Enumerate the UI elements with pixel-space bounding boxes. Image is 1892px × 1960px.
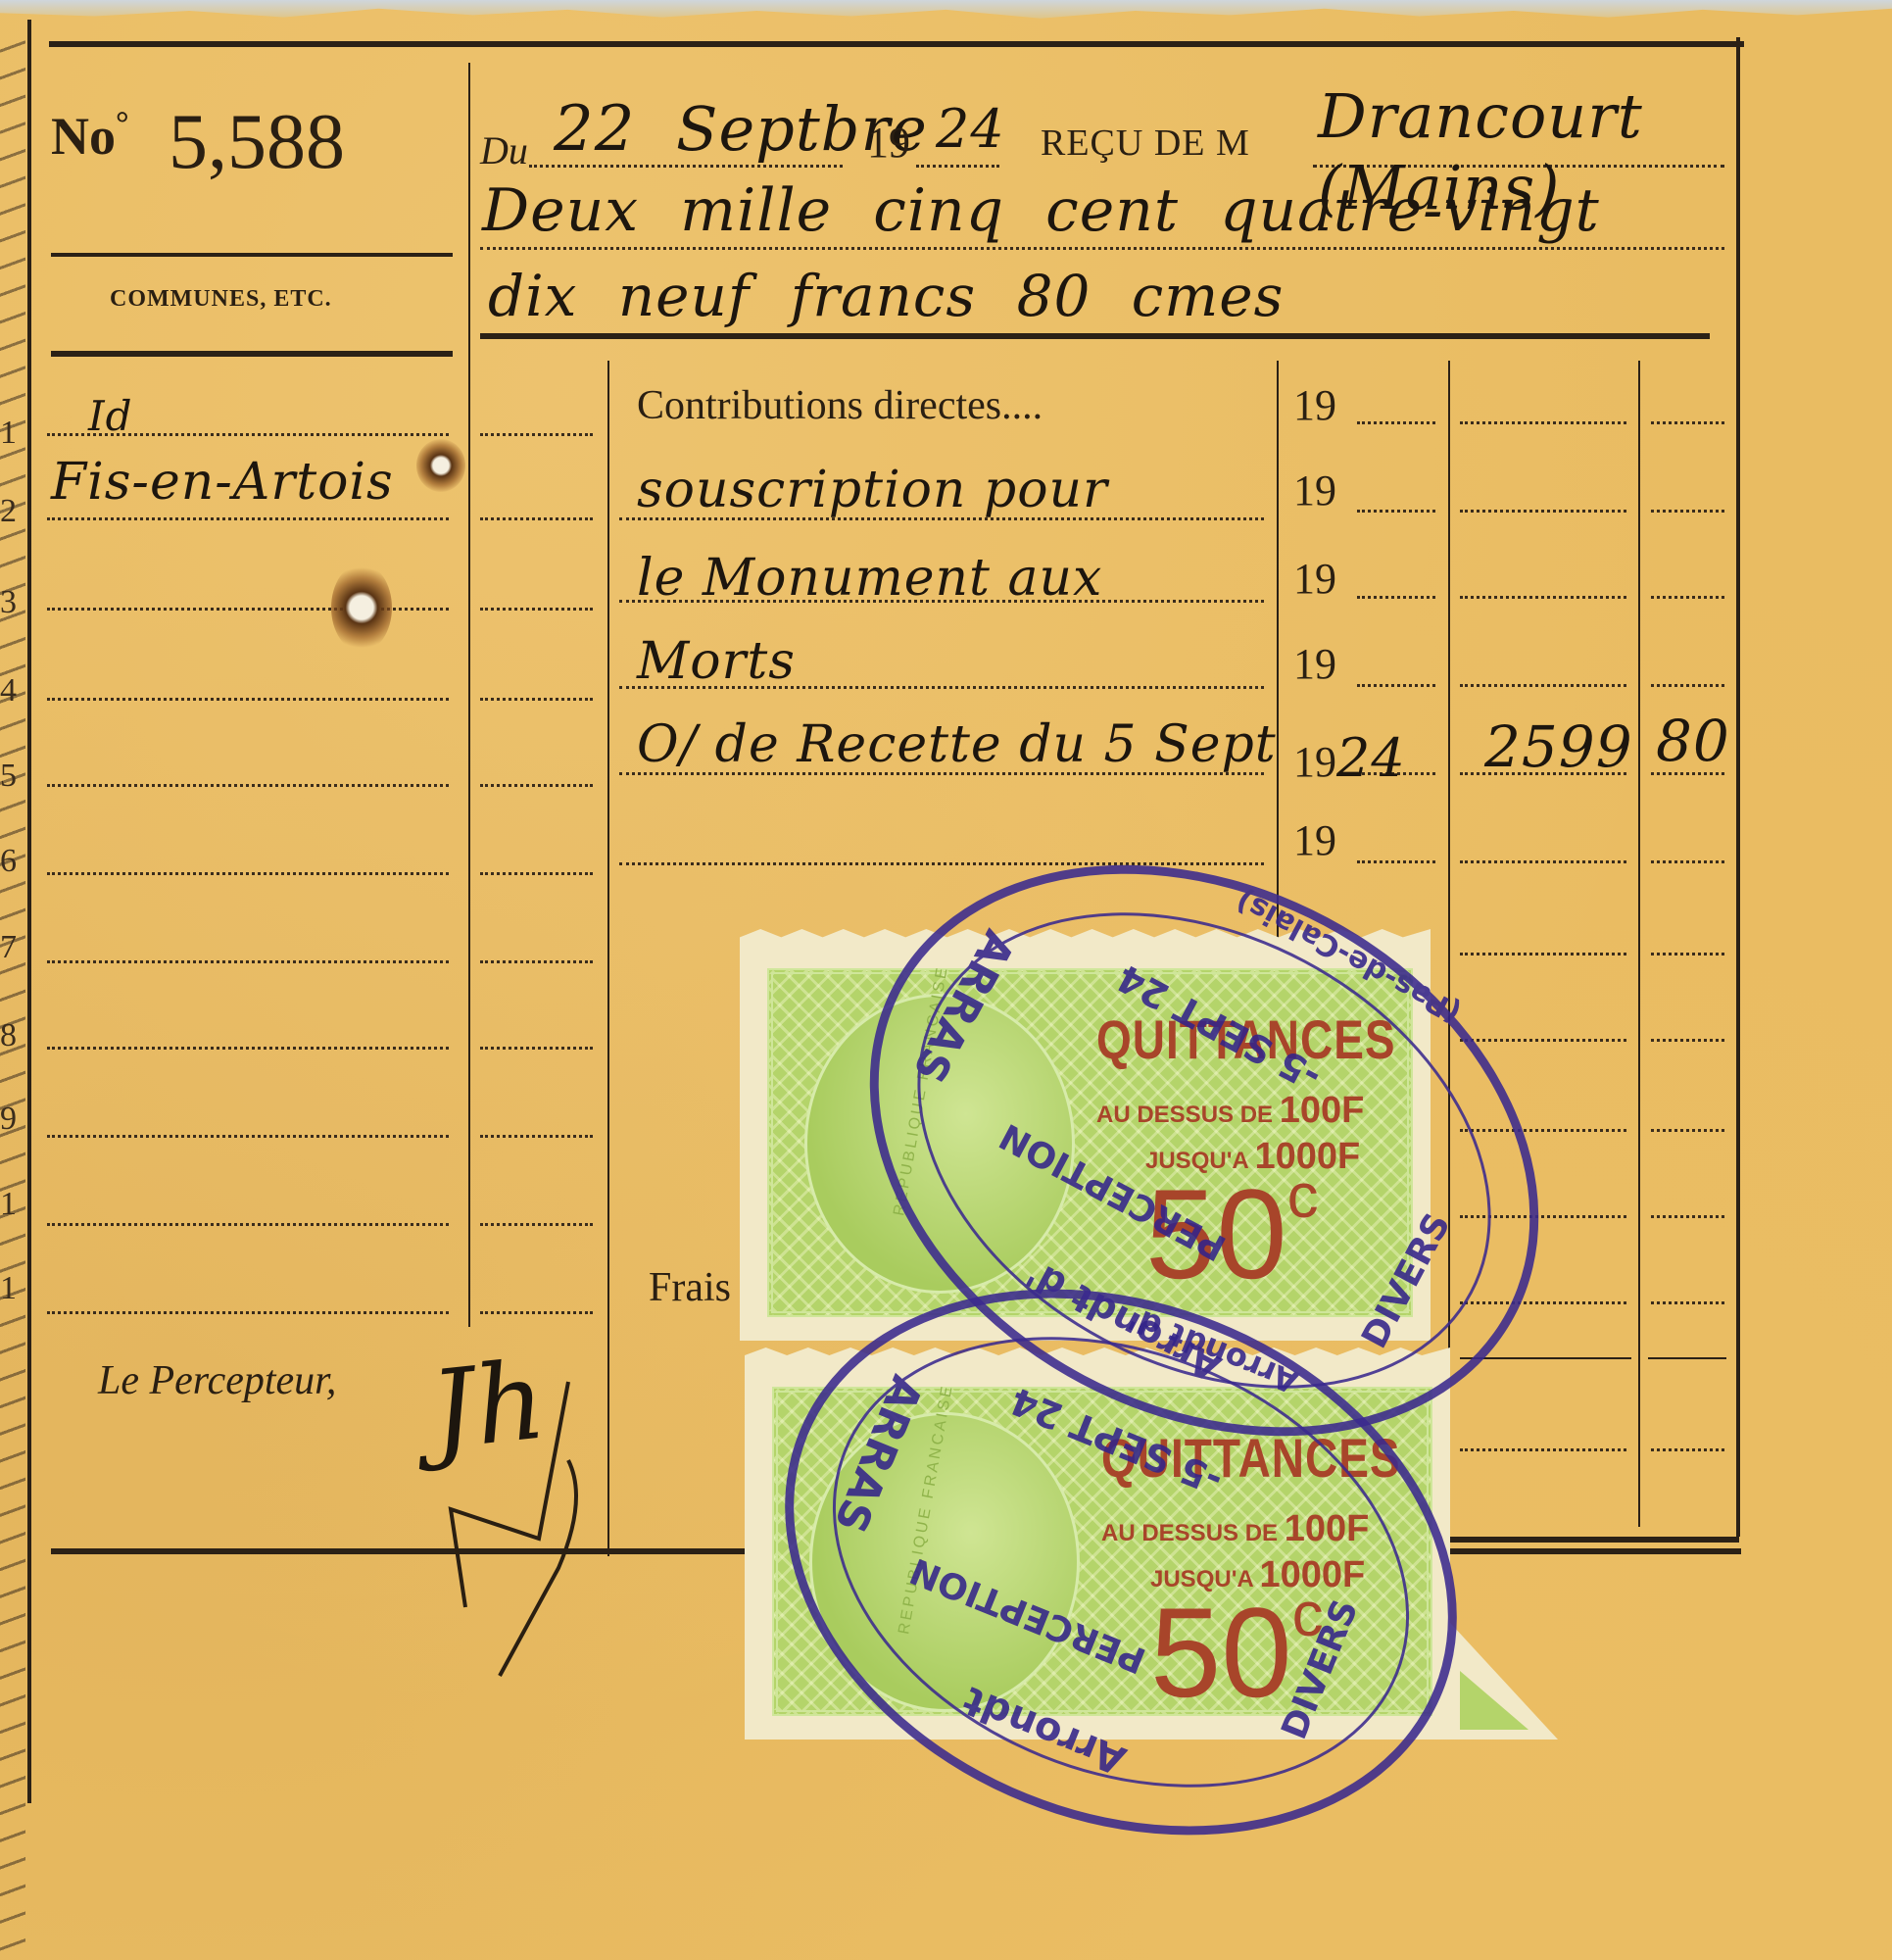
amount-in-words-line-2: dix neuf francs 80 cmes bbox=[488, 263, 1284, 329]
signature-stroke bbox=[421, 1362, 617, 1686]
row-number: 1 bbox=[0, 416, 18, 450]
receipt-number-label: No° bbox=[51, 106, 129, 167]
year-prefix: 19 bbox=[867, 118, 910, 168]
left-border-line bbox=[27, 20, 31, 1803]
paper-stain bbox=[416, 439, 465, 492]
row-number: 3 bbox=[0, 586, 18, 619]
row-dotted-line bbox=[47, 960, 449, 963]
row-dotted-line bbox=[480, 1311, 593, 1314]
row-dotted-line bbox=[480, 608, 593, 611]
line-item-year: 19 bbox=[1293, 554, 1336, 604]
line-item-year: 19 bbox=[1293, 815, 1336, 865]
row-dotted-line bbox=[480, 784, 593, 787]
year-suffix: 24 bbox=[936, 98, 1005, 160]
row-number: 9 bbox=[0, 1102, 18, 1136]
row-dotted-line bbox=[47, 517, 449, 520]
row-dotted-line bbox=[47, 784, 449, 787]
line-item-label: O/ de Recette du 5 Sept bbox=[637, 715, 1277, 774]
row-dotted-line bbox=[480, 517, 593, 520]
line-item-label: souscription pour bbox=[637, 461, 1108, 519]
table-col-divider-4 bbox=[1638, 361, 1640, 1527]
row-number: 5 bbox=[0, 759, 18, 793]
line-item-label: Contributions directes.... bbox=[637, 382, 1043, 429]
right-border-line bbox=[1736, 37, 1740, 1537]
line-item-francs: 2599 bbox=[1484, 713, 1633, 780]
row-dotted-line bbox=[480, 1135, 593, 1138]
row-number: 7 bbox=[0, 931, 18, 964]
date-day: 22 bbox=[554, 93, 635, 166]
row-number: 11 bbox=[0, 1272, 18, 1305]
stamp-fragment bbox=[1440, 1612, 1558, 1739]
row-dotted-line bbox=[47, 872, 449, 875]
row-dotted-line bbox=[480, 1223, 593, 1226]
row-dotted-line bbox=[47, 1047, 449, 1050]
received-from-label: REÇU DE M bbox=[1041, 122, 1250, 165]
row-dotted-line bbox=[47, 698, 449, 701]
number-rule bbox=[51, 253, 453, 257]
line-item-label: le Monument aux bbox=[637, 549, 1102, 608]
amount-rule bbox=[480, 333, 1710, 339]
line-item-year: 19 bbox=[1293, 639, 1336, 689]
paper-stain bbox=[331, 563, 392, 652]
line-item-year: 19 bbox=[1293, 380, 1336, 430]
table-bottom-rule bbox=[1450, 1537, 1739, 1543]
row-dotted-line bbox=[480, 433, 593, 436]
perforated-left-edge bbox=[0, 39, 25, 1960]
torn-top-edge bbox=[0, 0, 1892, 22]
row-number: 4 bbox=[0, 674, 18, 708]
row-dotted-line bbox=[619, 862, 1264, 865]
receipt-number: 5,588 bbox=[169, 98, 345, 187]
commune-ditto: Id bbox=[88, 392, 132, 440]
line-item-year: 1924 bbox=[1293, 727, 1406, 789]
row-dotted-line bbox=[480, 698, 593, 701]
row-dotted-line bbox=[47, 1311, 449, 1314]
row-dotted-line bbox=[480, 960, 593, 963]
amount-in-words-line-1: Deux mille cinq cent quatre-vingt bbox=[482, 176, 1600, 245]
line-item-year: 19 bbox=[1293, 465, 1336, 515]
communes-label: COMMUNES, ETC. bbox=[110, 286, 332, 313]
fees-label: Frais bbox=[649, 1264, 731, 1311]
row-number: 8 bbox=[0, 1019, 18, 1053]
communes-rule bbox=[51, 351, 453, 357]
collector-label: Le Percepteur, bbox=[98, 1357, 336, 1404]
row-dotted-line bbox=[480, 872, 593, 875]
line-item-label: Morts bbox=[637, 632, 796, 691]
commune-name: Fis-en-Artois bbox=[51, 453, 394, 512]
row-dotted-line bbox=[47, 1135, 449, 1138]
amount-dotted-line-1 bbox=[480, 247, 1724, 250]
row-number: 2 bbox=[0, 495, 18, 528]
date-prefix: Du bbox=[480, 127, 528, 173]
row-dotted-line bbox=[47, 1223, 449, 1226]
left-panel-divider bbox=[468, 63, 470, 1327]
row-number: 6 bbox=[0, 845, 18, 878]
year-dotted-line bbox=[916, 165, 999, 168]
row-dotted-line bbox=[480, 1047, 593, 1050]
top-rule bbox=[49, 41, 1744, 47]
line-item-centimes: 80 bbox=[1656, 708, 1730, 774]
row-number: 10 bbox=[0, 1188, 18, 1221]
